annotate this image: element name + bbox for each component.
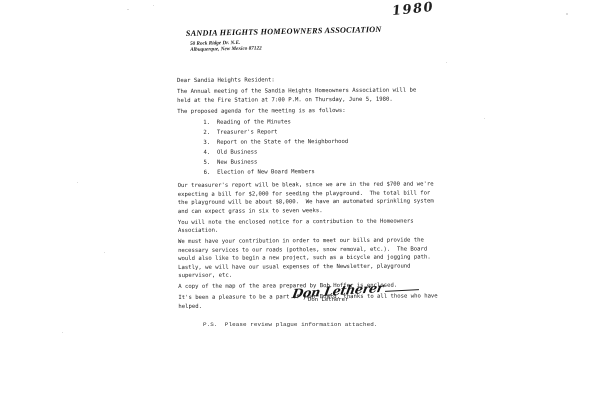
handwritten-year: 1980 <box>391 0 435 19</box>
letter-body: Dear Sandia Heights Resident: The Annual… <box>177 75 448 314</box>
agenda-list: 1. Reading of the Minutes 2. Treasurer's… <box>203 117 447 177</box>
scan-speck <box>153 5 154 6</box>
scan-speck <box>104 252 105 253</box>
agenda-item-3: 3. Report on the State of the Neighborho… <box>203 138 447 148</box>
paragraph-agenda-intro: The proposed agenda for the meeting is a… <box>177 106 447 116</box>
scan-speck <box>127 9 129 10</box>
postscript: P.S. Please review plague information at… <box>203 321 377 328</box>
scan-speck <box>446 62 447 63</box>
agenda-item-5: 5. New Business <box>204 158 448 168</box>
scan-speck <box>62 332 63 333</box>
letterhead: SANDIA HEIGHTS HOMEOWNERS ASSOCIATION 50… <box>186 25 382 54</box>
scanned-letter-page: 1980 SANDIA HEIGHTS HOMEOWNERS ASSOCIATI… <box>0 0 600 400</box>
agenda-item-1: 1. Reading of the Minutes <box>203 117 447 127</box>
agenda-item-2: 2. Treasurer's Report <box>203 127 447 137</box>
scan-speck <box>77 182 78 183</box>
paragraph-annual-meeting: The Annual meeting of the Sandia Heights… <box>177 87 447 105</box>
paragraph-treasurer-report: Our treasurer's report will be bleak, si… <box>178 181 448 216</box>
salutation: Dear Sandia Heights Resident: <box>177 75 447 85</box>
signature-flourish <box>385 289 419 292</box>
scan-speck <box>484 118 485 119</box>
agenda-item-4: 4. Old Business <box>203 148 447 158</box>
scan-speck <box>566 13 568 15</box>
paragraph-contribution-need: We must have your contribution in order … <box>178 237 448 281</box>
agenda-item-6: 6. Election of New Board Members <box>204 168 448 178</box>
signature-block: Don Letherer Don Letherer <box>293 283 419 303</box>
signature-script-row: Don Letherer <box>293 283 419 298</box>
paragraph-contribution-notice: You will note the enclosed notice for a … <box>178 217 448 235</box>
